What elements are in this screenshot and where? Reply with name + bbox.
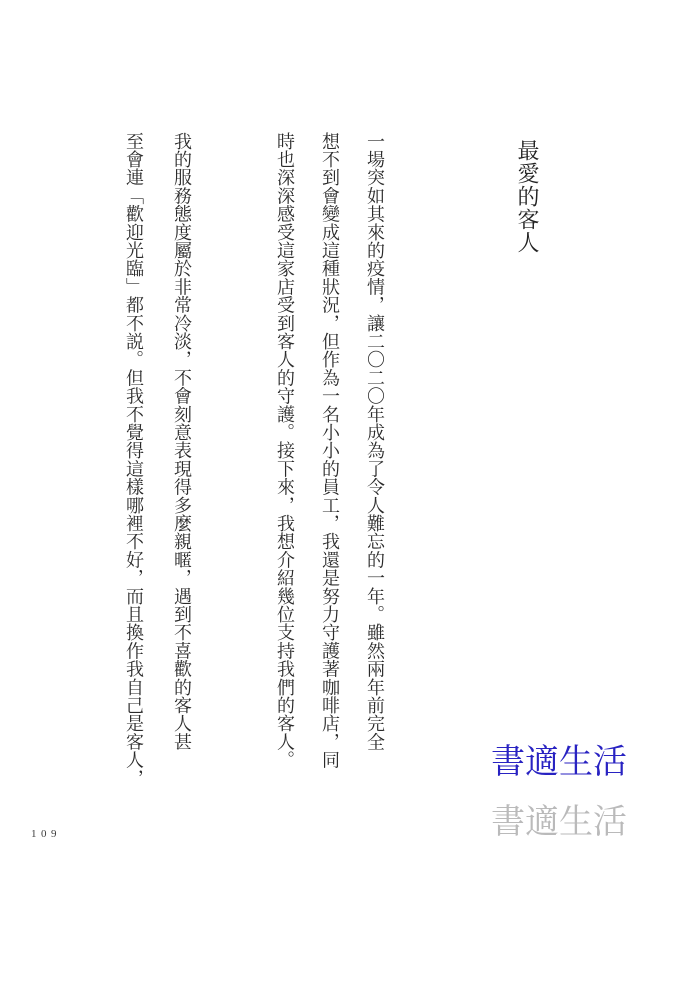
text-column-4: 我的服務態度屬於非常冷淡，不會刻意表現得多麼親暱，遇到不喜歡的客人甚 [158,132,206,787]
paragraph-2: 我的服務態度屬於非常冷淡，不會刻意表現得多麼親暱，遇到不喜歡的客人甚 至會連「歡… [110,132,206,787]
chapter-title: 最愛的客人 [512,139,543,254]
watermark-blue: 書適生活 [491,744,627,781]
text-column-1: 一場突如其來的疫情，讓二〇二〇年成為了令人難忘的一年。雖然兩年前完全 [352,132,397,769]
watermark-gray: 書適生活 [491,804,627,841]
paragraph-1: 一場突如其來的疫情，讓二〇二〇年成為了令人難忘的一年。雖然兩年前完全 想不到會變… [262,132,397,769]
text-column-3: 時也深深感受這家店受到客人的守護。接下來，我想介紹幾位支持我們的客人。 [262,132,307,769]
page-number: 109 [31,828,61,840]
text-column-2: 想不到會變成這種狀況，但作為一名小小的員工，我還是努力守護著咖啡店，同 [307,132,352,769]
text-column-5: 至會連「歡迎光臨」都不説。但我不覺得這樣哪裡不好，而且換作我自己是客人， [110,132,158,787]
book-page: 最愛的客人 一場突如其來的疫情，讓二〇二〇年成為了令人難忘的一年。雖然兩年前完全… [0,0,675,1000]
